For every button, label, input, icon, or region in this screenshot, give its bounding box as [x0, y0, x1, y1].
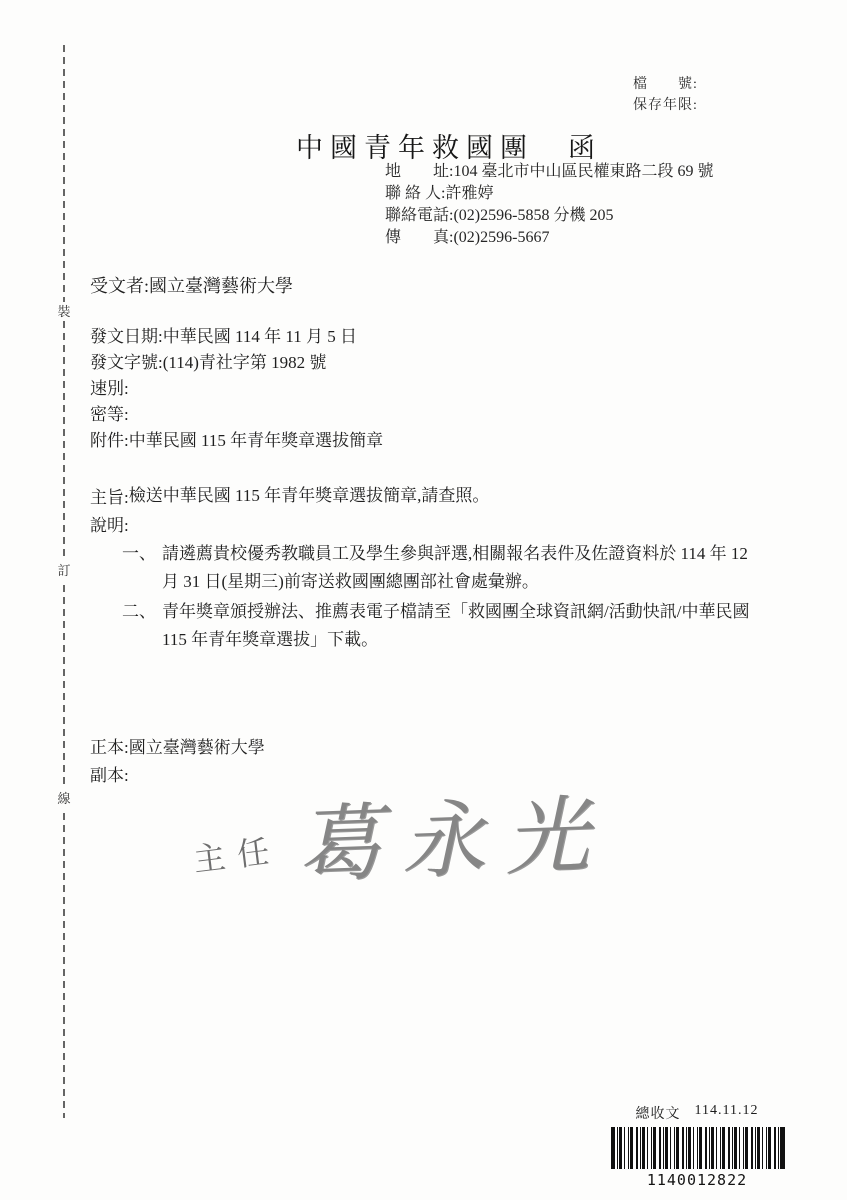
- binding-dashed-line: [63, 45, 65, 1118]
- item-number: 一、: [122, 540, 162, 596]
- scanned-letter-page: 裝 訂 線 檔 號: 保存年限: 中國青年救國團 函 地 址:104 臺北市中山…: [0, 0, 847, 1200]
- recipient-value: 國立臺灣藝術大學: [149, 276, 293, 296]
- phone-label: 聯絡電話:: [385, 205, 453, 227]
- speed-line: 速別:: [90, 376, 383, 402]
- issue-date-label: 發文日期:: [90, 327, 163, 346]
- binding-mark-ding: 訂: [56, 561, 72, 580]
- barcode-number: 1140012822: [611, 1171, 783, 1189]
- issue-date-line: 發文日期:中華民國 114 年 11 月 5 日: [90, 324, 383, 350]
- speed-label: 速別:: [90, 379, 129, 398]
- original-copy-value: 國立臺灣藝術大學: [129, 738, 265, 757]
- copies-block: 正本:國立臺灣藝術大學 副本:: [90, 734, 265, 790]
- attachment-value: 中華民國 115 年青年獎章選拔簡章: [129, 431, 383, 450]
- cc-copy-line: 副本:: [90, 762, 265, 790]
- doc-number-label: 發文字號:: [90, 353, 163, 372]
- cc-copy-label: 副本:: [90, 766, 129, 785]
- barcode: [611, 1127, 785, 1169]
- fax-line: 傳 真:(02)2596-5667: [385, 227, 713, 249]
- security-line: 密等:: [90, 402, 383, 428]
- issue-date-value: 中華民國 114 年 11 月 5 日: [163, 327, 357, 346]
- subject-line: 主旨: 檢送中華民國 115 年青年獎章選拔簡章,請查照。: [90, 483, 729, 509]
- contact-person-label: 聯 絡 人:: [385, 183, 445, 205]
- subject-label: 主旨:: [90, 483, 129, 509]
- attachment-line: 附件:中華民國 115 年青年獎章選拔簡章: [90, 428, 383, 454]
- address-line: 地 址:104 臺北市中山區民權東路二段 69 號: [385, 161, 713, 183]
- explanation-item-1: 一、 請遴薦貴校優秀教職員工及學生參與評選,相關報名表件及佐證資料於 114 年…: [122, 540, 750, 596]
- recipient-line: 受文者:國立臺灣藝術大學: [90, 272, 293, 298]
- explanation-items: 一、 請遴薦貴校優秀教職員工及學生參與評選,相關報名表件及佐證資料於 114 年…: [122, 540, 750, 656]
- received-date: 114.11.12: [695, 1103, 759, 1123]
- subject-text: 檢送中華民國 115 年青年獎章選拔簡章,請查照。: [129, 483, 729, 509]
- explanation-label: 說明:: [90, 511, 129, 536]
- contact-person-line: 聯 絡 人:許雅婷: [385, 183, 713, 205]
- recipient-label: 受文者:: [90, 276, 149, 296]
- doc-number-value: (114)青社字第 1982 號: [163, 353, 327, 372]
- sender-contact-block: 地 址:104 臺北市中山區民權東路二段 69 號 聯 絡 人:許雅婷 聯絡電話…: [385, 161, 713, 249]
- binding-mark-zhuang: 裝: [56, 302, 72, 321]
- received-stamp-header: 總收文 114.11.12: [611, 1103, 783, 1123]
- document-title: 中國青年救國團 函: [296, 126, 602, 165]
- signature-name: 葛永光: [295, 791, 610, 894]
- address-label: 地 址:: [385, 161, 453, 183]
- file-number-label: 檔 號:: [633, 74, 698, 95]
- original-copy-line: 正本:國立臺灣藝術大學: [90, 734, 265, 762]
- received-label: 總收文: [636, 1103, 681, 1123]
- address-value: 104 臺北市中山區民權東路二段 69 號: [453, 163, 713, 180]
- phone-line: 聯絡電話:(02)2596-5858 分機 205: [385, 205, 713, 227]
- contact-person-value: 許雅婷: [445, 185, 493, 202]
- signature-block: 主任 葛永光: [193, 796, 609, 888]
- phone-value: (02)2596-5858 分機 205: [453, 207, 613, 224]
- attachment-label: 附件:: [90, 431, 129, 450]
- item-number: 二、: [122, 598, 162, 654]
- item-text: 請遴薦貴校優秀教職員工及學生參與評選,相關報名表件及佐證資料於 114 年 12…: [162, 540, 750, 596]
- received-stamp: 總收文 114.11.12 1140012822: [611, 1103, 783, 1189]
- file-number-stamp: 檔 號: 保存年限:: [633, 74, 698, 116]
- doc-number-line: 發文字號:(114)青社字第 1982 號: [90, 350, 383, 376]
- retention-period-label: 保存年限:: [633, 95, 698, 116]
- document-meta-block: 發文日期:中華民國 114 年 11 月 5 日 發文字號:(114)青社字第 …: [90, 324, 383, 454]
- item-text: 青年獎章頒授辦法、推薦表電子檔請至「救國團全球資訊網/活動快訊/中華民國 115…: [162, 598, 750, 654]
- binding-mark-xian: 線: [56, 789, 72, 808]
- fax-value: (02)2596-5667: [453, 229, 549, 246]
- security-label: 密等:: [90, 405, 129, 424]
- fax-label: 傳 真:: [385, 227, 453, 249]
- original-copy-label: 正本:: [90, 738, 129, 757]
- explanation-item-2: 二、 青年獎章頒授辦法、推薦表電子檔請至「救國團全球資訊網/活動快訊/中華民國 …: [122, 598, 750, 654]
- signature-title: 主任: [191, 825, 284, 881]
